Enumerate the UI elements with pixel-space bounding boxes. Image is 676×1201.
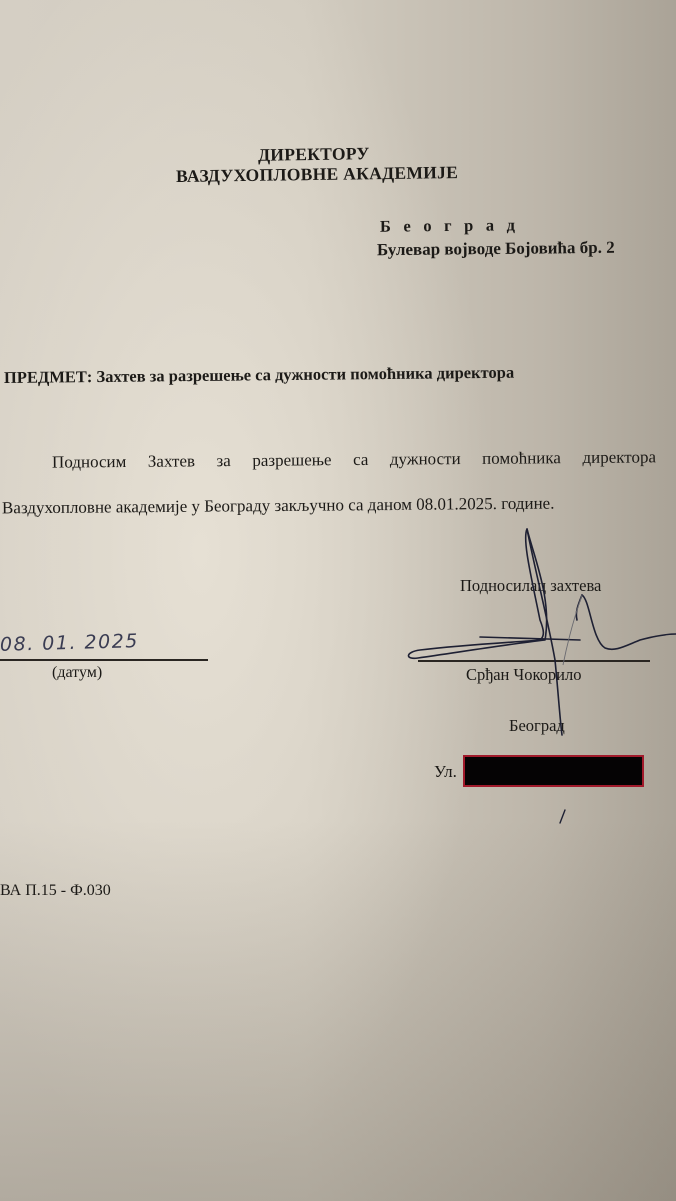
date-caption: (датум)	[52, 664, 102, 682]
body-text-line-2: Ваздухопловне академије у Београду закљу…	[2, 494, 555, 519]
form-code: ВА П.15 - Ф.030	[0, 882, 111, 900]
paper-shadow	[0, 820, 676, 1201]
recipient-city: Б е о г р а д	[380, 215, 519, 236]
subject-line: ПРЕДМЕТ: Захтев за разрешење са дужности…	[4, 363, 514, 388]
body-text-line-1: Подносим Захтев за разрешење са дужности…	[52, 447, 656, 472]
recipient-street: Булевар војводе Бојовића бр. 2	[377, 238, 615, 260]
applicant-label: Подносилац захтева	[460, 576, 601, 596]
handwritten-date: 08. 01. 2025	[0, 630, 139, 656]
applicant-city: Београд	[509, 716, 565, 736]
date-underline	[0, 659, 208, 661]
applicant-name: Срђан Чокорило	[466, 665, 581, 685]
addressee-title: ДИРЕКТОРУ	[258, 143, 370, 166]
redacted-street-address	[463, 755, 644, 787]
addressee-institution: ВАЗДУХОПЛОВНЕ АКАДЕМИЈЕ	[176, 162, 458, 187]
signature-underline	[418, 660, 650, 662]
applicant-street-label: Ул.	[434, 762, 457, 782]
